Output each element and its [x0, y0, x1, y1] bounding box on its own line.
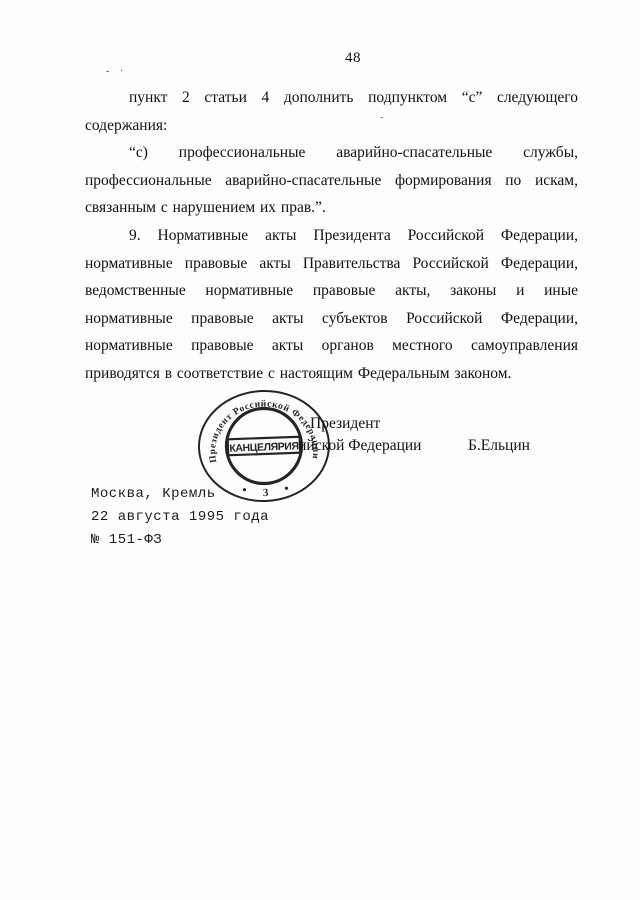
text-line: содержания: — [85, 112, 578, 140]
paragraph: 9. Нормативные акты Президента Российско… — [85, 222, 578, 388]
page-number: 48 — [0, 50, 640, 67]
footer-date: 22 августа 1995 года — [91, 506, 269, 529]
text-line: профессиональные аварийно-спасательные ф… — [85, 167, 578, 195]
footer-block: Москва, Кремль 22 августа 1995 года № 15… — [91, 483, 269, 552]
document-body: пункт 2 статьи 4 дополнить подпунктом “с… — [85, 84, 578, 388]
text-line: 9. Нормативные акты Президента Российско… — [85, 222, 578, 250]
text-line: ведомственные нормативные правовые акты,… — [85, 277, 578, 305]
text-line: “с) профессиональные аварийно-спасательн… — [85, 139, 578, 167]
text-line: пункт 2 статьи 4 дополнить подпунктом “с… — [85, 84, 578, 112]
footer-place: Москва, Кремль — [91, 483, 269, 506]
signature-name: Б.Ельцин — [468, 437, 530, 455]
paragraph: “с) профессиональные аварийно-спасательн… — [85, 139, 578, 222]
text-line: нормативные правовые акты органов местно… — [85, 332, 578, 360]
paragraph: пункт 2 статьи 4 дополнить подпунктом “с… — [85, 84, 578, 139]
footer-number: № 151-ФЗ — [91, 529, 269, 552]
text-line: связанным с нарушением их прав.”. — [85, 194, 578, 222]
text-line: нормативные правовые акты Правительства … — [85, 250, 578, 278]
text-line: приводятся в соответствие с настоящим Фе… — [85, 360, 578, 388]
document-page: 48 - · - пункт 2 статьи 4 дополнить подп… — [0, 0, 640, 900]
stamp-dot-right — [285, 487, 288, 490]
text-line: нормативные правовые акты субъектов Росс… — [85, 305, 578, 333]
scan-artifact: - · — [106, 66, 127, 77]
stamp-center-text: КАНЦЕЛЯРИЯ — [229, 440, 299, 454]
